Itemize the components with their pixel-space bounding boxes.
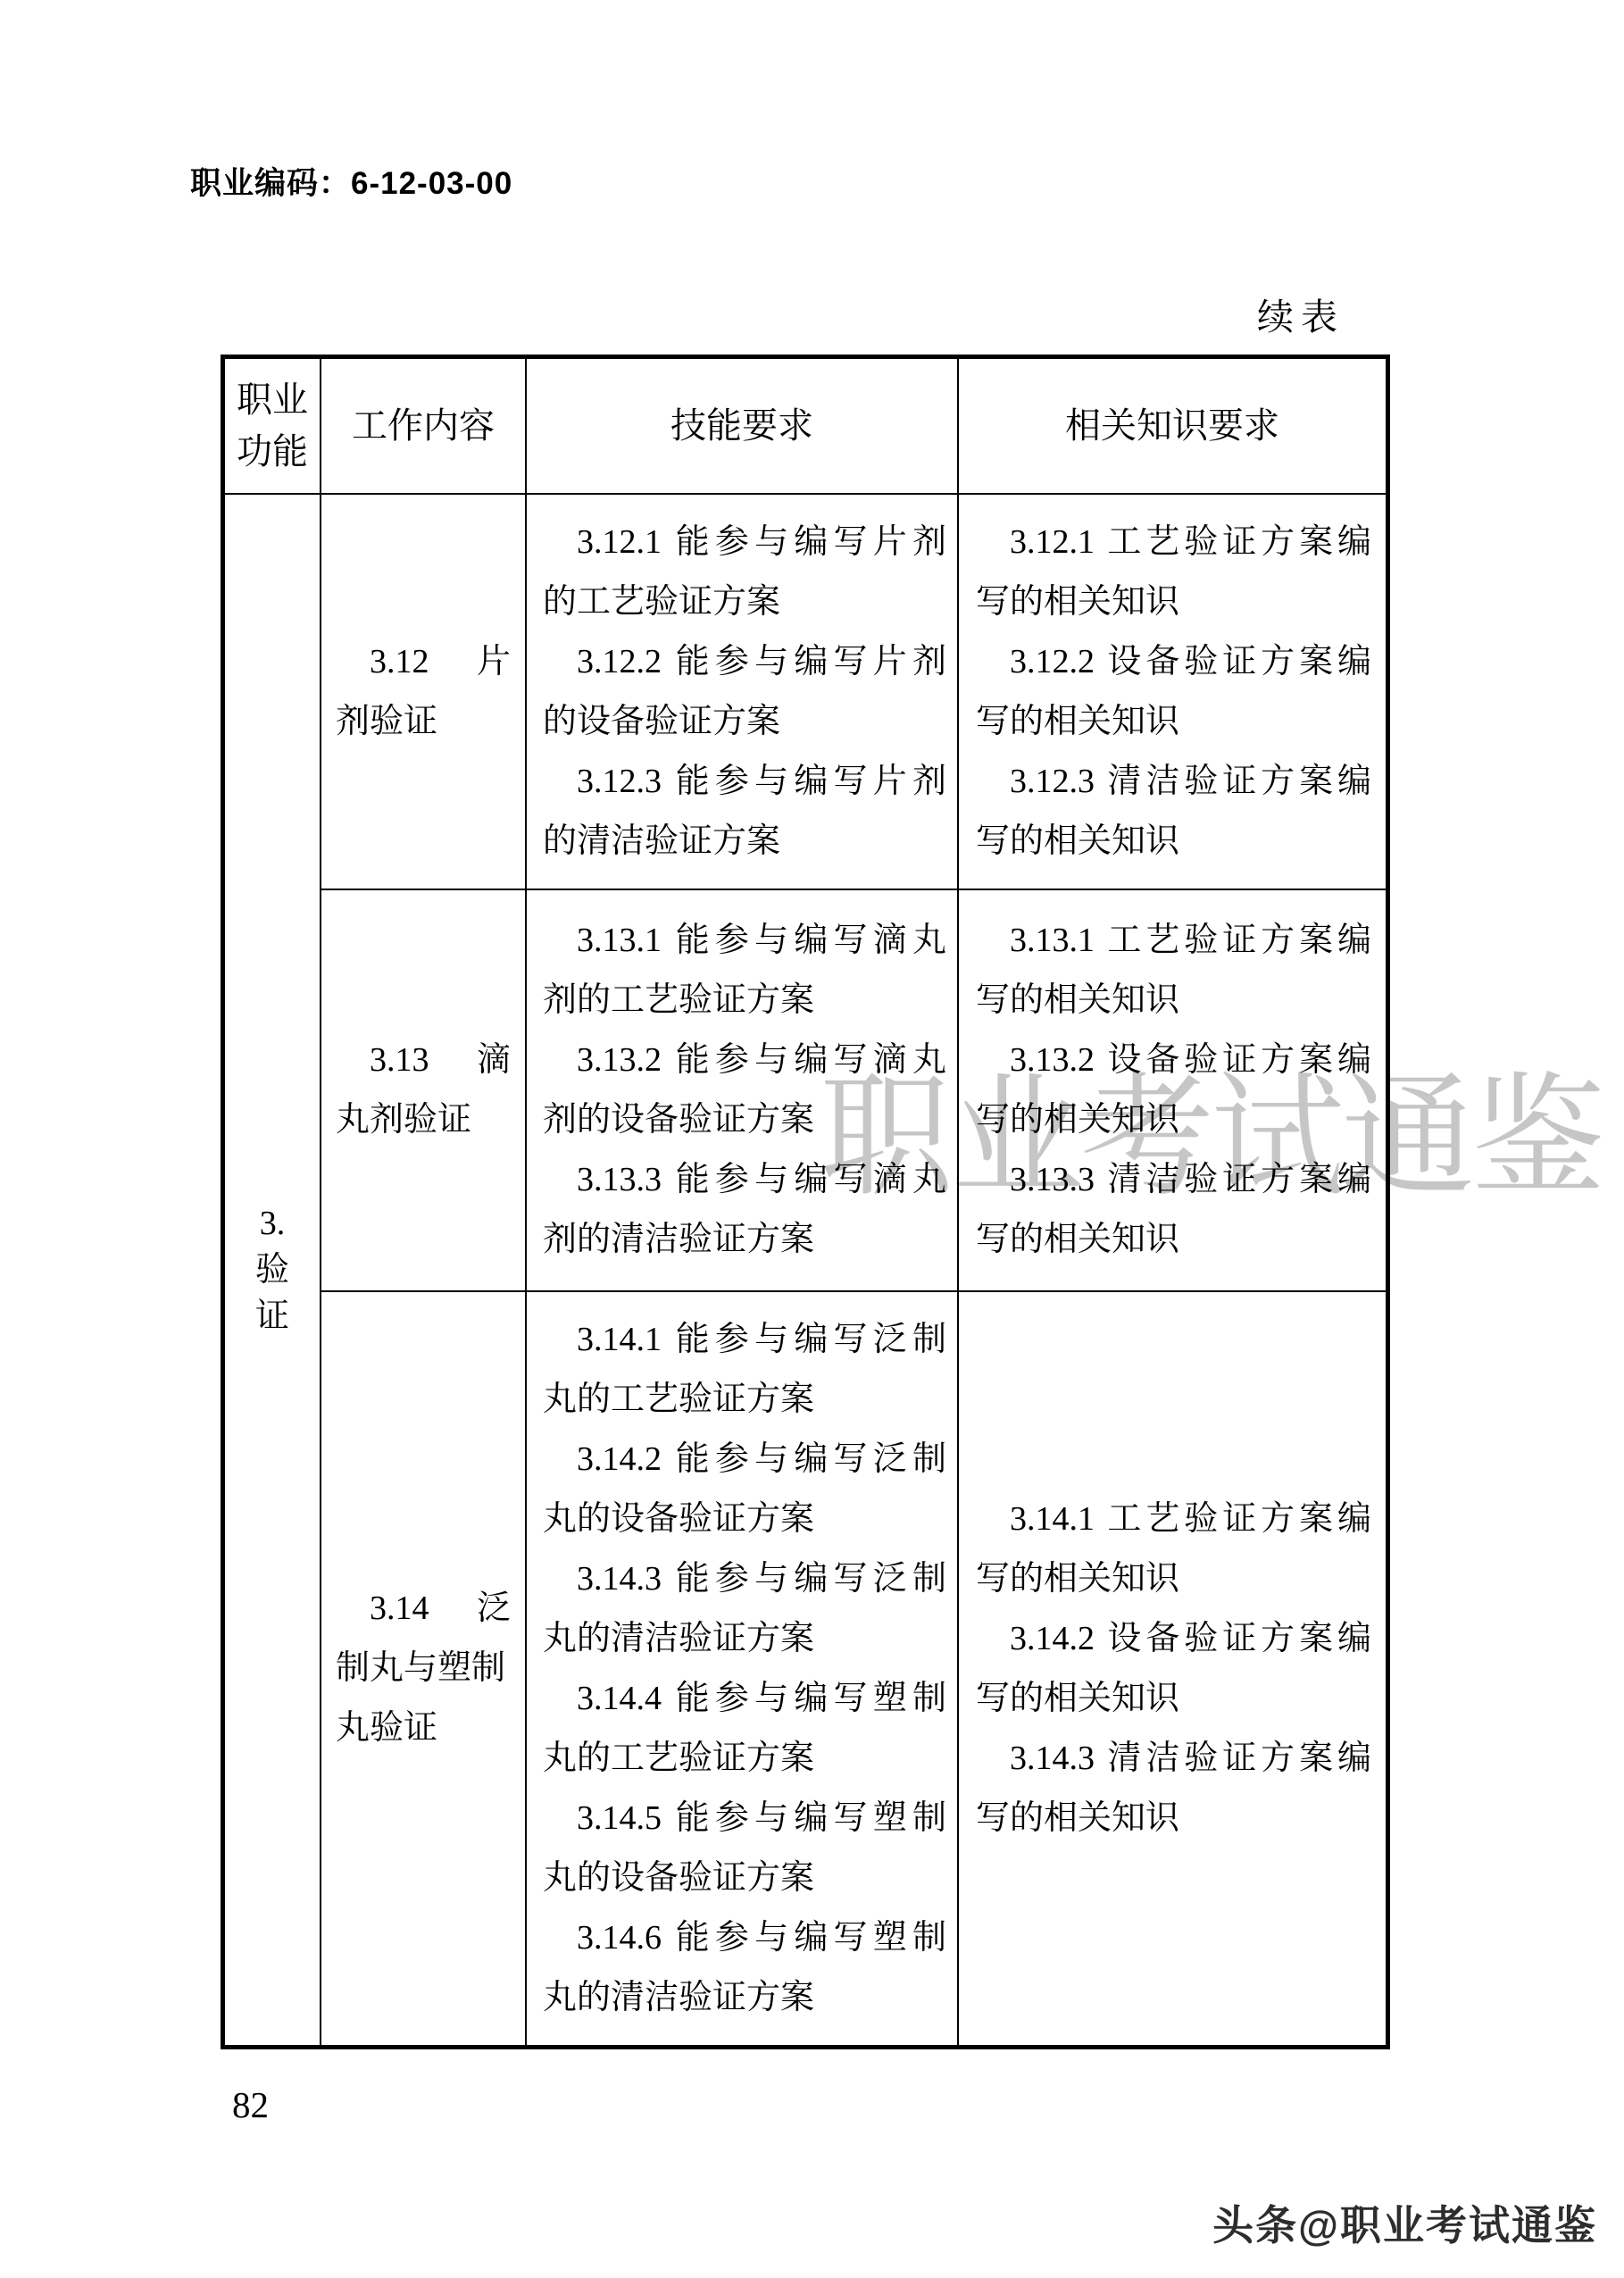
work-content-cell-3-14: 3.14 泛制丸与塑制丸验证 bbox=[321, 1292, 527, 2045]
knowledge-cell-3-14: 3.14.1 工艺验证方案编写的相关知识3.14.2 设备验证方案编写的相关知识… bbox=[959, 1292, 1386, 2045]
text-line: 写的相关知识 bbox=[976, 1090, 1371, 1150]
header-occupational-function: 职业功能 bbox=[225, 359, 321, 495]
text-line: 3.12.2 设备验证方案编 bbox=[976, 632, 1371, 692]
text-line: 写的相关知识 bbox=[976, 572, 1371, 632]
text-line: 剂的设备验证方案 bbox=[543, 1090, 946, 1150]
header-work-content: 工作内容 bbox=[321, 359, 527, 495]
text-line: 3.13.3 能参与编写滴丸 bbox=[543, 1150, 946, 1210]
text-line: 制丸与塑制 bbox=[336, 1639, 511, 1698]
continued-table-label: 续表 bbox=[1257, 288, 1345, 340]
header-work-content-label: 工作内容 bbox=[352, 400, 495, 452]
text-line: 3.14.1 能参与编写泛制 bbox=[543, 1310, 946, 1370]
text-line: 丸的工艺验证方案 bbox=[543, 1370, 946, 1430]
text-line: 写的相关知识 bbox=[976, 1549, 1371, 1609]
text-line: 剂的清洁验证方案 bbox=[543, 1210, 946, 1270]
text-line: 丸的清洁验证方案 bbox=[543, 1968, 946, 2028]
text-line: 3.14.4 能参与编写塑制 bbox=[543, 1669, 946, 1729]
text-line: 写的相关知识 bbox=[976, 1210, 1371, 1270]
text-line: 3.14.2 能参与编写泛制 bbox=[543, 1430, 946, 1489]
work-content-cell-3-12: 3.12 片剂验证 bbox=[321, 495, 527, 890]
text-line: 3.13 滴 bbox=[336, 1031, 511, 1090]
document-page: 职业编码：6-12-03-00 续表 职业考试通鉴 职业功能 工作内容 技能要求… bbox=[0, 0, 1624, 2278]
text-line: 剂验证 bbox=[336, 692, 511, 752]
text-line: 3. bbox=[260, 1200, 286, 1247]
text-line: 3.12.3 能参与编写片剂 bbox=[543, 752, 946, 812]
page-number: 82 bbox=[232, 2083, 269, 2126]
text-line: 3.13.3 清洁验证方案编 bbox=[976, 1150, 1371, 1210]
text-line: 写的相关知识 bbox=[976, 971, 1371, 1031]
text-line: 3.12.2 能参与编写片剂 bbox=[543, 632, 946, 692]
text-line: 3.12 片 bbox=[336, 632, 511, 692]
text-line: 3.13.2 能参与编写滴丸 bbox=[543, 1031, 946, 1090]
header-skill-requirements-label: 技能要求 bbox=[670, 400, 813, 452]
text-line: 3.12.1 工艺验证方案编 bbox=[976, 513, 1371, 572]
text-line: 3.14.1 工艺验证方案编 bbox=[976, 1489, 1371, 1549]
header-knowledge-requirements: 相关知识要求 bbox=[959, 359, 1386, 495]
standard-table: 职业功能 工作内容 技能要求 相关知识要求 3.验证 3.12 片剂验证 3.1… bbox=[221, 355, 1390, 2049]
text-line: 3.13.1 工艺验证方案编 bbox=[976, 911, 1371, 971]
text-line: 写的相关知识 bbox=[976, 1669, 1371, 1729]
skills-cell-3-13: 3.13.1 能参与编写滴丸剂的工艺验证方案3.13.2 能参与编写滴丸剂的设备… bbox=[527, 890, 959, 1292]
header-knowledge-requirements-label: 相关知识要求 bbox=[1065, 400, 1279, 452]
work-content-cell-3-13: 3.13 滴丸剂验证 bbox=[321, 890, 527, 1292]
text-line: 的工艺验证方案 bbox=[543, 572, 946, 632]
text-line: 丸的工艺验证方案 bbox=[543, 1729, 946, 1789]
skills-cell-3-12: 3.12.1 能参与编写片剂的工艺验证方案3.12.2 能参与编写片剂的设备验证… bbox=[527, 495, 959, 890]
text-line: 丸剂验证 bbox=[336, 1090, 511, 1150]
text-line: 3.14.3 能参与编写泛制 bbox=[543, 1549, 946, 1609]
text-line: 3.14.6 能参与编写塑制 bbox=[543, 1908, 946, 1968]
text-line: 写的相关知识 bbox=[976, 1789, 1371, 1848]
footer-credit: 头条@职业考试通鉴 bbox=[1212, 2193, 1597, 2252]
header-skill-requirements: 技能要求 bbox=[527, 359, 959, 495]
knowledge-cell-3-13: 3.13.1 工艺验证方案编写的相关知识3.13.2 设备验证方案编写的相关知识… bbox=[959, 890, 1386, 1292]
knowledge-cell-3-12: 3.12.1 工艺验证方案编写的相关知识3.12.2 设备验证方案编写的相关知识… bbox=[959, 495, 1386, 890]
text-line: 3.14 泛 bbox=[336, 1579, 511, 1639]
text-line: 职业 bbox=[237, 374, 308, 426]
text-line: 3.13.2 设备验证方案编 bbox=[976, 1031, 1371, 1090]
text-line: 丸的设备验证方案 bbox=[543, 1848, 946, 1908]
text-line: 功能 bbox=[237, 426, 308, 478]
text-line: 的清洁验证方案 bbox=[543, 812, 946, 872]
text-line: 3.14.3 清洁验证方案编 bbox=[976, 1729, 1371, 1789]
text-line: 丸验证 bbox=[336, 1698, 511, 1758]
text-line: 写的相关知识 bbox=[976, 812, 1371, 872]
skills-cell-3-14: 3.14.1 能参与编写泛制丸的工艺验证方案3.14.2 能参与编写泛制丸的设备… bbox=[527, 1292, 959, 2045]
text-line: 3.14.5 能参与编写塑制 bbox=[543, 1789, 946, 1848]
text-line: 的设备验证方案 bbox=[543, 692, 946, 752]
text-line: 验 bbox=[255, 1247, 289, 1293]
text-line: 证 bbox=[255, 1293, 289, 1339]
occupation-code: 职业编码：6-12-03-00 bbox=[190, 159, 512, 204]
function-cell-validation: 3.验证 bbox=[225, 495, 321, 2045]
text-line: 丸的设备验证方案 bbox=[543, 1489, 946, 1549]
text-line: 剂的工艺验证方案 bbox=[543, 971, 946, 1031]
text-line: 3.14.2 设备验证方案编 bbox=[976, 1609, 1371, 1669]
text-line: 丸的清洁验证方案 bbox=[543, 1609, 946, 1669]
text-line: 3.12.1 能参与编写片剂 bbox=[543, 513, 946, 572]
text-line: 写的相关知识 bbox=[976, 692, 1371, 752]
text-line: 3.12.3 清洁验证方案编 bbox=[976, 752, 1371, 812]
text-line: 3.13.1 能参与编写滴丸 bbox=[543, 911, 946, 971]
